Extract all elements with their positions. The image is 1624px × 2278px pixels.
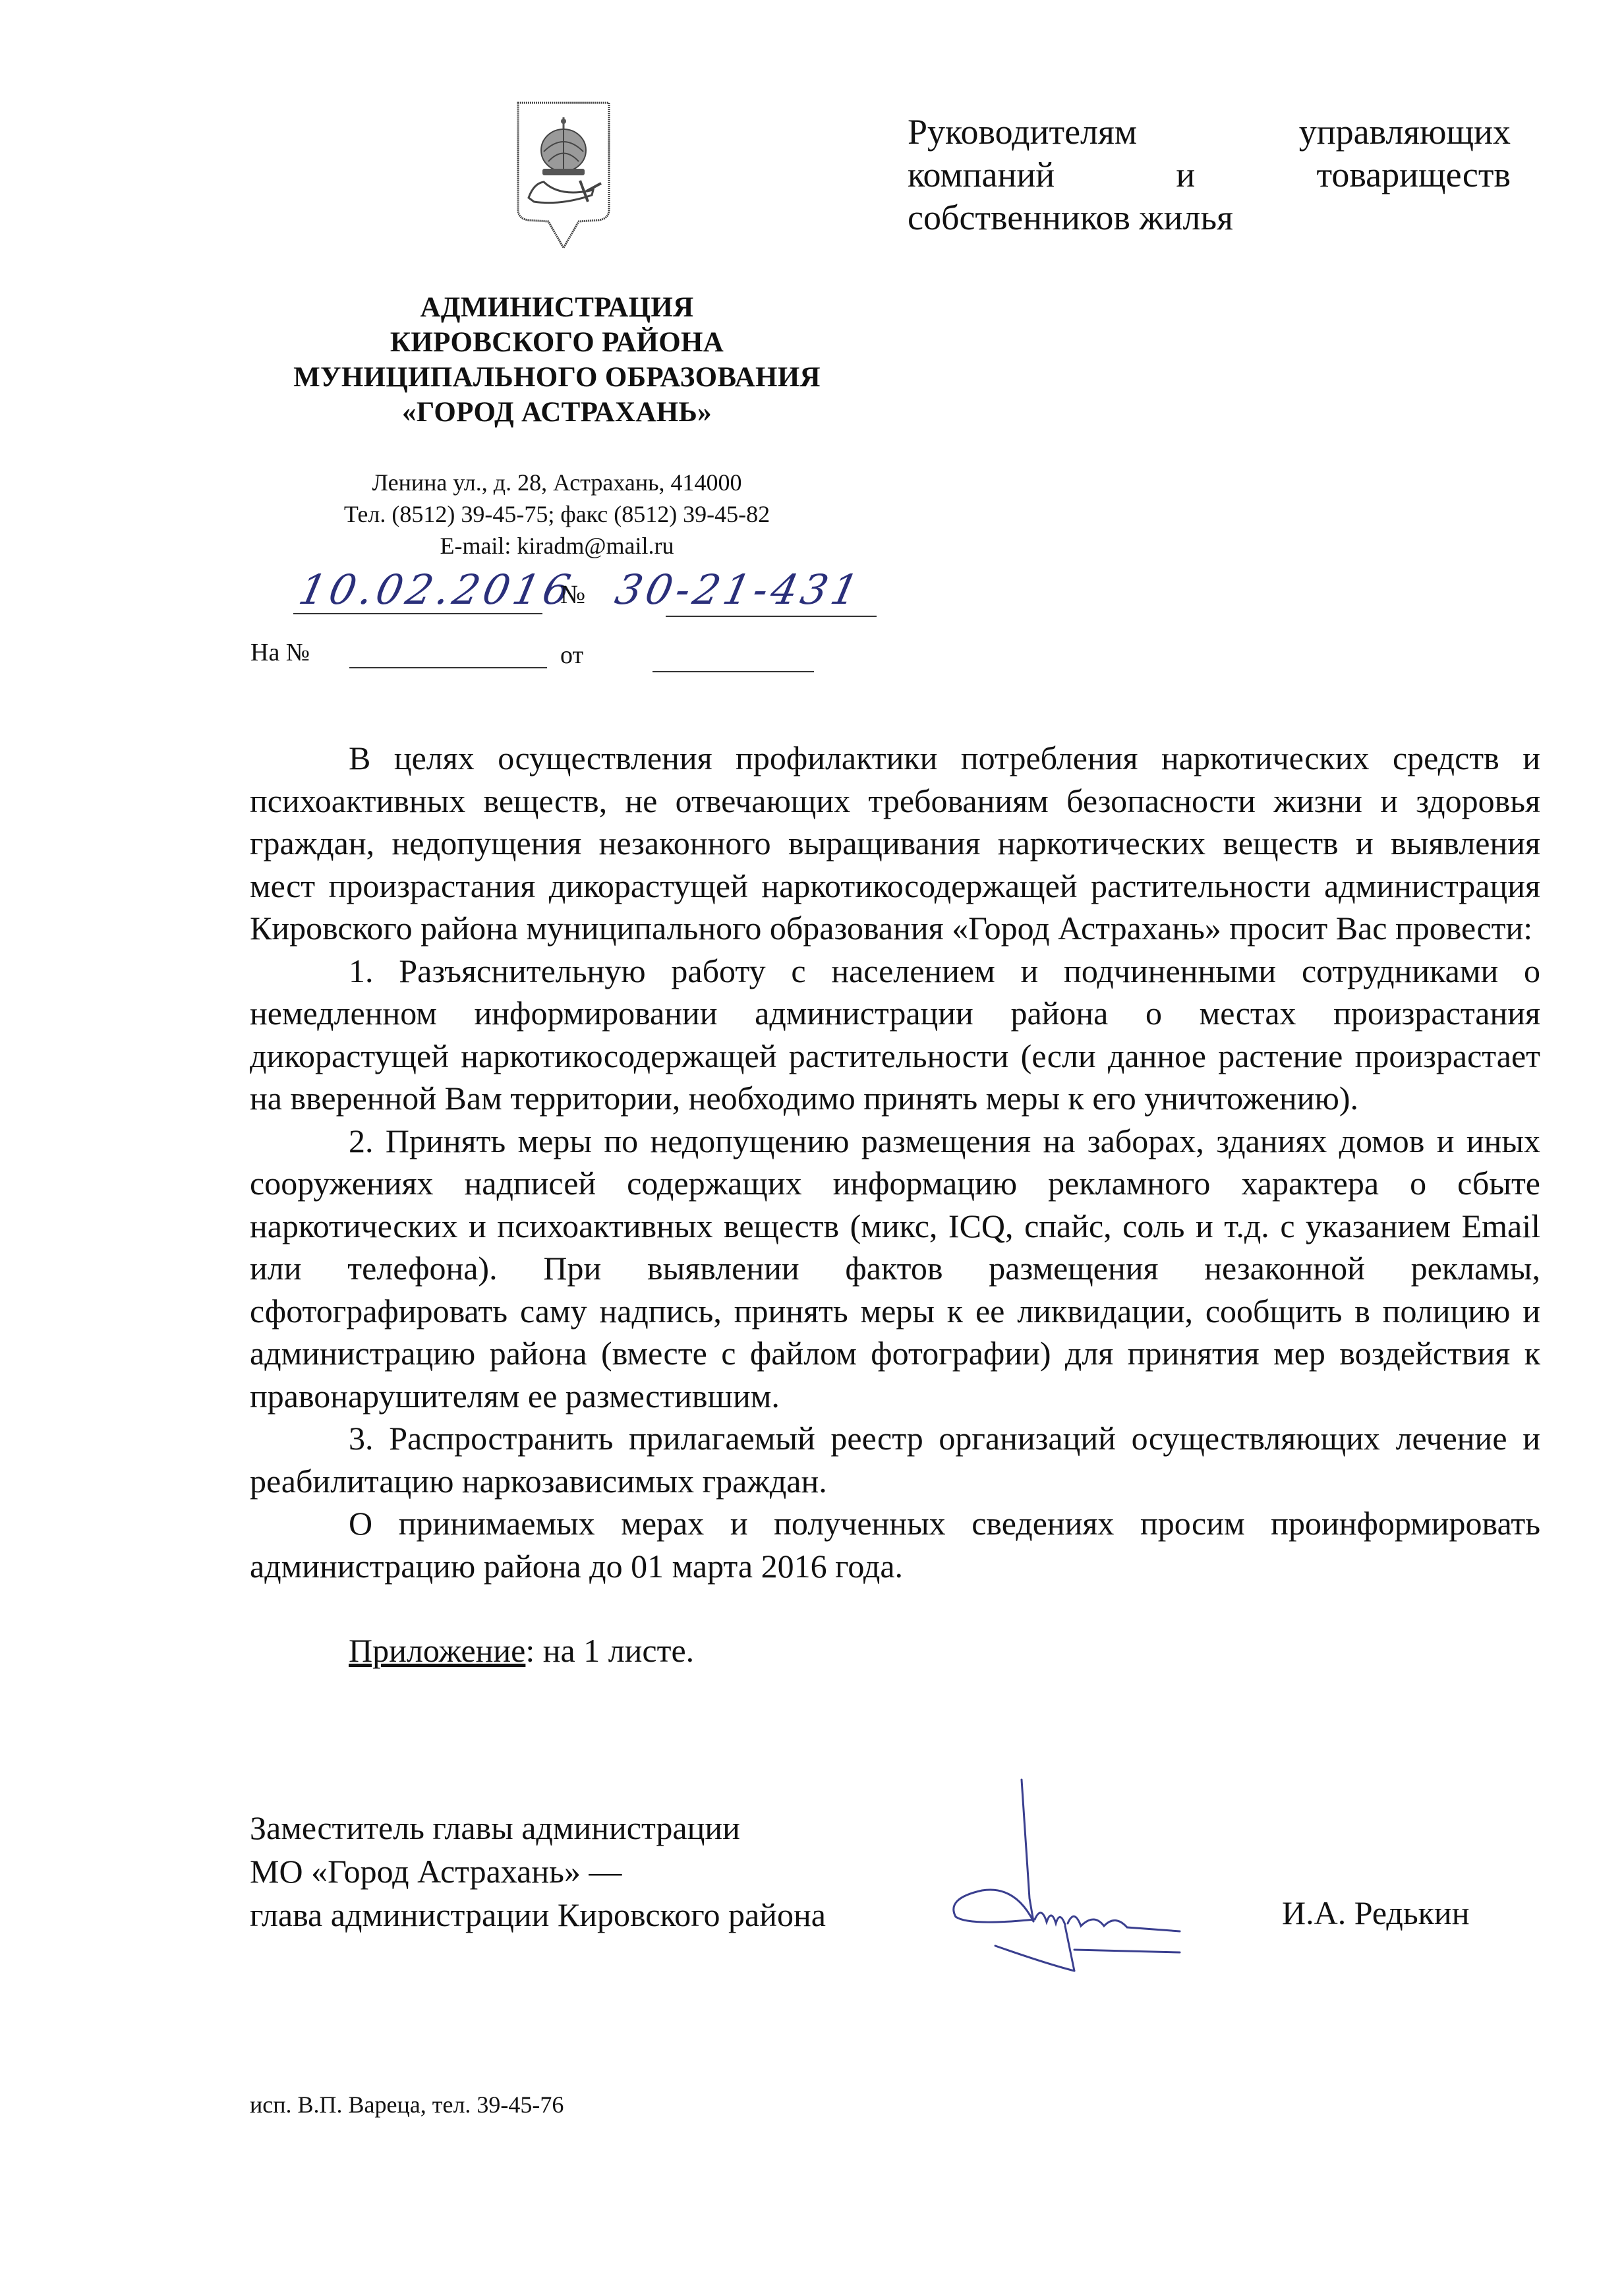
org-line: «ГОРОД АСТРАХАНЬ»: [250, 395, 863, 430]
reply-reference-line: На № от: [250, 638, 830, 678]
handwritten-signature-icon: [942, 1773, 1259, 1984]
signer-title-line: МО «Город Астрахань» —: [250, 1850, 909, 1893]
recipient-word: и: [1176, 154, 1195, 196]
contacts-block: Ленина ул., д. 28, Астрахань, 414000 Тел…: [250, 467, 863, 562]
address: Ленина ул., д. 28, Астрахань, 414000: [250, 467, 863, 498]
recipient-block: Руководителям управляющих компаний и тов…: [908, 111, 1511, 239]
list-item: 3. Распространить прилагаемый реестр орг…: [250, 1417, 1540, 1502]
signer-name: И.А. Редькин: [1282, 1894, 1469, 1932]
reply-date-label: от: [560, 641, 583, 670]
recipient-line: компаний и товариществ: [908, 154, 1511, 196]
number-sign: №: [560, 579, 585, 610]
signer-title-line: глава администрации Кировского района: [250, 1893, 909, 1937]
handwritten-number: 30-21-431: [611, 566, 867, 614]
recipient-line: Руководителям управляющих: [908, 111, 1511, 154]
attachment-note: Приложение: на 1 листе.: [250, 1629, 1540, 1672]
recipient-word: собственников жилья: [908, 196, 1233, 239]
recipient-word: компаний: [908, 154, 1055, 196]
organization-header: АДМИНИСТРАЦИЯ КИРОВСКОГО РАЙОНА МУНИЦИПА…: [250, 290, 863, 430]
reply-date-blank: [652, 671, 814, 672]
letter-body: В целях осуществления профилактики потре…: [250, 737, 1540, 1672]
org-line: КИРОВСКОГО РАЙОНА: [250, 325, 863, 360]
recipient-word: товариществ: [1316, 154, 1511, 196]
recipient-line: собственников жилья: [908, 196, 1511, 239]
signer-title: Заместитель главы администрации МО «Горо…: [250, 1806, 909, 1937]
list-item: 2. Принять меры по недопущению размещени…: [250, 1120, 1540, 1418]
email: E-mail: kiradm@mail.ru: [250, 530, 863, 562]
date-underline: [293, 613, 542, 614]
intro-paragraph: В целях осуществления профилактики потре…: [250, 737, 1540, 950]
phone-fax: Тел. (8512) 39-45-75; факс (8512) 39-45-…: [250, 498, 863, 530]
recipient-word: Руководителям: [908, 111, 1137, 154]
reply-number-label: На №: [250, 638, 310, 667]
number-underline: [666, 616, 877, 617]
signer-title-line: Заместитель главы администрации: [250, 1806, 909, 1850]
attachment-text: : на 1 листе.: [525, 1632, 694, 1669]
recipient-word: управляющих: [1299, 111, 1511, 154]
attachment-label: Приложение: [349, 1632, 525, 1669]
org-line: АДМИНИСТРАЦИЯ: [250, 290, 863, 325]
reply-number-blank: [349, 667, 547, 668]
registration-line: 10.02.2016 № 30-21-431: [293, 566, 873, 618]
coat-of-arms-icon: [514, 99, 613, 252]
list-item: 1. Разъяснительную работу с населением и…: [250, 950, 1540, 1120]
closing-paragraph: О принимаемых мерах и полученных сведени…: [250, 1502, 1540, 1587]
org-line: МУНИЦИПАЛЬНОГО ОБРАЗОВАНИЯ: [250, 360, 863, 395]
handwritten-date: 10.02.2016: [295, 566, 579, 614]
executor-note: исп. В.П. Вареца, тел. 39-45-76: [250, 2091, 564, 2118]
